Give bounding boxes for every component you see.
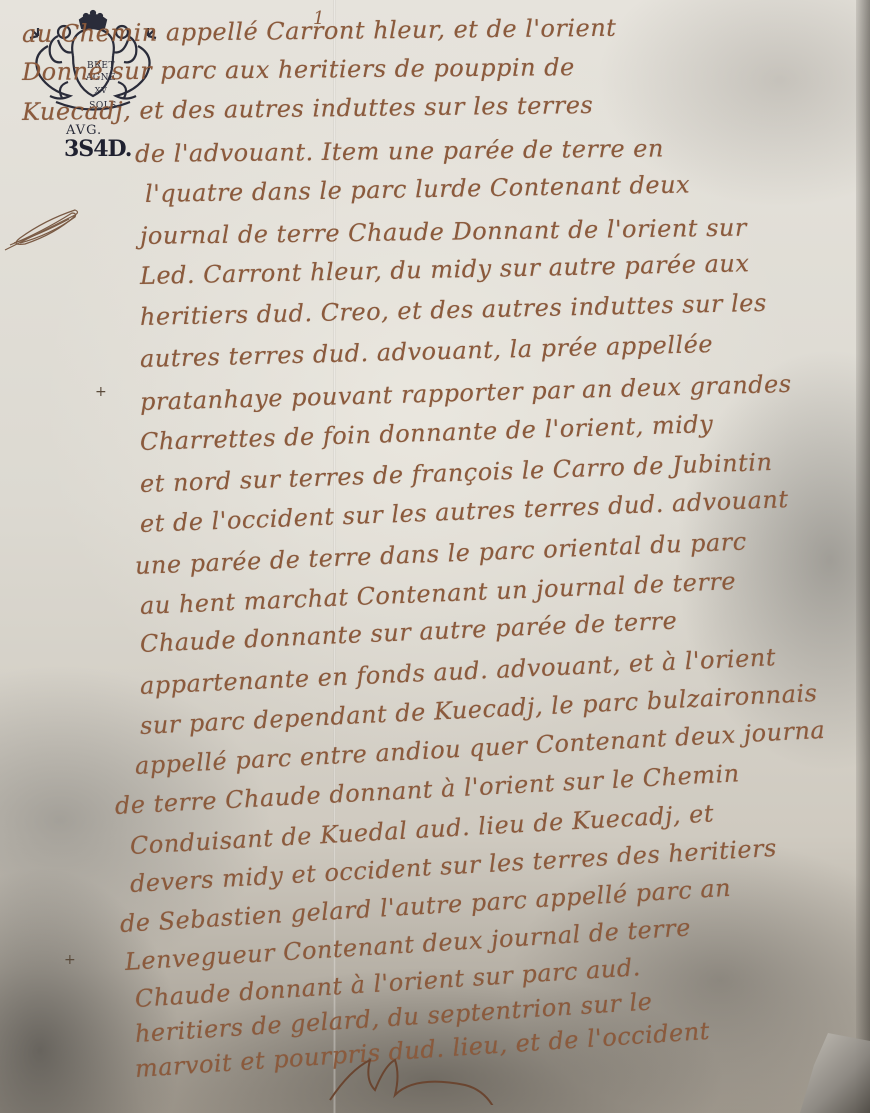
- signature-paraph-icon: [325, 1045, 525, 1105]
- stamp-value: 3S4D.: [64, 136, 131, 162]
- manuscript-line: Charrettes de foin donnante de l'orient,…: [140, 410, 714, 456]
- manuscript-line: au Chemin appellé Carront hleur, et de l…: [22, 14, 617, 48]
- page-edge-shadow: [856, 0, 870, 1113]
- manuscript-line: heritiers dud. Creo, et des autres indut…: [140, 289, 767, 331]
- manuscript-line: journal de terre Chaude Donnant de l'ori…: [140, 214, 747, 250]
- margin-cross-mark: +: [95, 384, 107, 400]
- torn-corner: [800, 1033, 870, 1113]
- manuscript-line: Donné sur parc aux heritiers de pouppin …: [22, 53, 575, 86]
- manuscript-page: BRET AGNE XV SOLS AVG. 3S4D. + + 1 au Ch…: [0, 0, 870, 1113]
- pen-flourish-icon: [2, 205, 82, 255]
- stamp-text-line: XV: [78, 86, 124, 95]
- manuscript-line: l'quatre dans le parc lurde Contenant de…: [145, 170, 691, 208]
- manuscript-line: Kuecadj, et des autres induttes sur les …: [22, 91, 594, 126]
- manuscript-line: de l'advouant. Item une parée de terre e…: [135, 134, 664, 168]
- manuscript-line: Led. Carront hleur, du midy sur autre pa…: [140, 249, 750, 290]
- manuscript-line: pratanhaye pouvant rapporter par an deux…: [140, 370, 792, 416]
- margin-cross-mark: +: [64, 952, 76, 968]
- manuscript-line: autres terres dud. advouant, la prée app…: [140, 330, 714, 373]
